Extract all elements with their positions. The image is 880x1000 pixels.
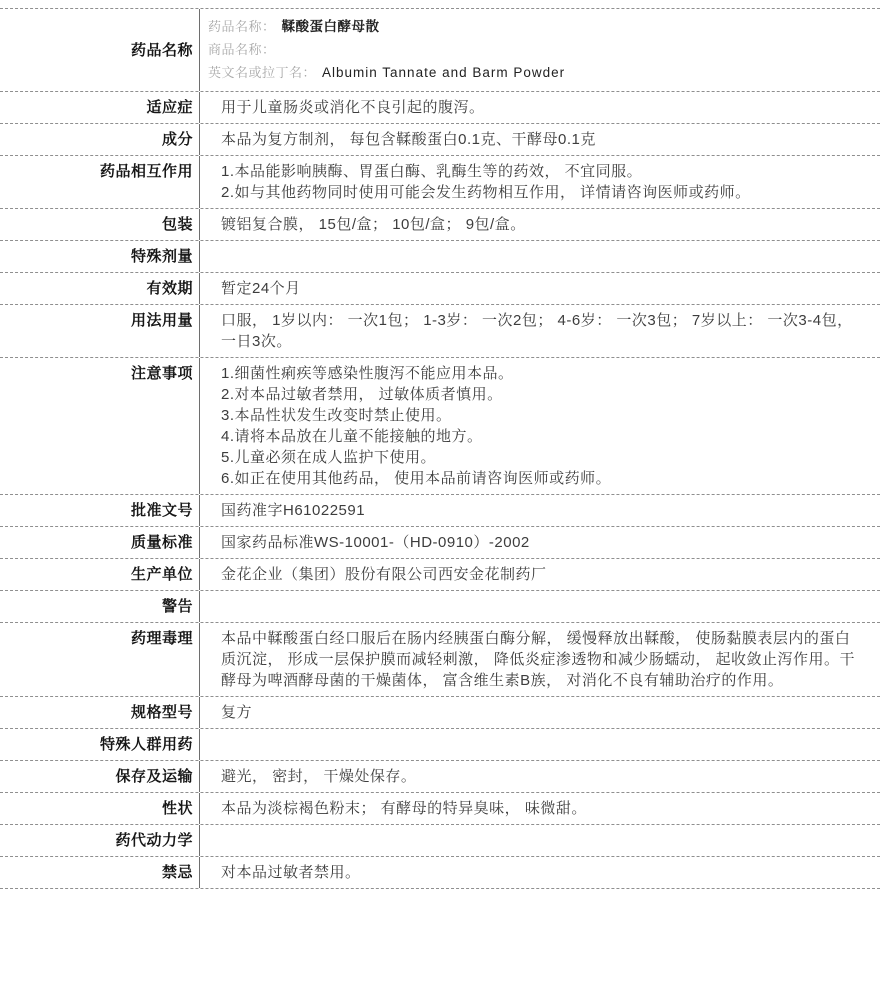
row-content: 本品为淡棕褐色粉末； 有酵母的特异臭味， 味微甜。: [200, 793, 880, 824]
drug-info-table: 药品名称 药品名称：鞣酸蛋白酵母散 商品名称： 英文名或拉丁名：Albumin …: [0, 8, 880, 889]
row-label: 警告: [0, 591, 200, 622]
row-content: [200, 591, 880, 622]
table-row: 保存及运输 避光， 密封， 干燥处保存。: [0, 761, 880, 793]
table-row: 药理毒理 本品中鞣酸蛋白经口服后在肠内经胰蛋白酶分解， 缓慢释放出鞣酸， 使肠黏…: [0, 623, 880, 697]
row-content: 对本品过敏者禁用。: [200, 857, 880, 888]
content-line: 金花企业（集团）股份有限公司西安金花制药厂: [221, 564, 860, 585]
row-content: 1.细菌性痢疾等感染性腹泻不能应用本品。2.对本品过敏者禁用， 过敏体质者慎用。…: [200, 358, 880, 494]
row-content: 金花企业（集团）股份有限公司西安金花制药厂: [200, 559, 880, 590]
english-name-value: Albumin Tannate and Barm Powder: [322, 65, 565, 80]
row-content: 复方: [200, 697, 880, 728]
row-content: 本品中鞣酸蛋白经口服后在肠内经胰蛋白酶分解， 缓慢释放出鞣酸， 使肠黏膜表层内的…: [200, 623, 880, 696]
row-content: 1.本品能影响胰酶、胃蛋白酶、乳酶生等的药效， 不宜同服。2.如与其他药物同时使…: [200, 156, 880, 208]
table-row: 性状 本品为淡棕褐色粉末； 有酵母的特异臭味， 味微甜。: [0, 793, 880, 825]
content-line: 本品为复方制剂， 每包含鞣酸蛋白0.1克、干酵母0.1克: [221, 129, 860, 150]
content-line: 1.本品能影响胰酶、胃蛋白酶、乳酶生等的药效， 不宜同服。: [221, 161, 860, 182]
table-row: 规格型号 复方: [0, 697, 880, 729]
content-line: 对本品过敏者禁用。: [221, 862, 860, 883]
trade-name-field: 商品名称：: [208, 38, 860, 61]
row-content: 暂定24个月: [200, 273, 880, 304]
drug-name-field: 药品名称：鞣酸蛋白酵母散: [208, 15, 860, 38]
row-content: 本品为复方制剂， 每包含鞣酸蛋白0.1克、干酵母0.1克: [200, 124, 880, 155]
english-name-field: 英文名或拉丁名：Albumin Tannate and Barm Powder: [208, 61, 860, 84]
row-label: 生产单位: [0, 559, 200, 590]
content-line: 5.儿童必须在成人监护下使用。: [221, 447, 860, 468]
content-line: 2.如与其他药物同时使用可能会发生药物相互作用， 详情请咨询医师或药师。: [221, 182, 860, 203]
row-label: 适应症: [0, 92, 200, 123]
row-label: 注意事项: [0, 358, 200, 494]
content-line: 本品为淡棕褐色粉末； 有酵母的特异臭味， 味微甜。: [221, 798, 860, 819]
row-label: 成分: [0, 124, 200, 155]
row-label: 有效期: [0, 273, 200, 304]
row-content: [200, 729, 880, 760]
table-row: 禁忌 对本品过敏者禁用。: [0, 857, 880, 889]
row-label: 批准文号: [0, 495, 200, 526]
row-content: [200, 825, 880, 856]
row-label: 质量标准: [0, 527, 200, 558]
row-content: 用于儿童肠炎或消化不良引起的腹泻。: [200, 92, 880, 123]
content-line: 国药准字H61022591: [221, 500, 860, 521]
content-line: 本品中鞣酸蛋白经口服后在肠内经胰蛋白酶分解， 缓慢释放出鞣酸， 使肠黏膜表层内的…: [221, 628, 860, 691]
content-line: 1.细菌性痢疾等感染性腹泻不能应用本品。: [221, 363, 860, 384]
row-content: 国家药品标准WS-10001-（HD-0910）-2002: [200, 527, 880, 558]
table-row: 有效期 暂定24个月: [0, 273, 880, 305]
row-label: 保存及运输: [0, 761, 200, 792]
table-row: 质量标准 国家药品标准WS-10001-（HD-0910）-2002: [0, 527, 880, 559]
row-label: 药品相互作用: [0, 156, 200, 208]
table-row: 药代动力学: [0, 825, 880, 857]
row-label: 规格型号: [0, 697, 200, 728]
drug-name-row: 药品名称 药品名称：鞣酸蛋白酵母散 商品名称： 英文名或拉丁名：Albumin …: [0, 9, 880, 92]
field-key: 英文名或拉丁名：: [208, 65, 316, 80]
row-label: 用法用量: [0, 305, 200, 357]
content-line: 复方: [221, 702, 860, 723]
table-row: 注意事项 1.细菌性痢疾等感染性腹泻不能应用本品。2.对本品过敏者禁用， 过敏体…: [0, 358, 880, 495]
row-content: 镀铝复合膜， 15包/盒； 10包/盒； 9包/盒。: [200, 209, 880, 240]
info-rows: 适应症 用于儿童肠炎或消化不良引起的腹泻。 成分 本品为复方制剂， 每包含鞣酸蛋…: [0, 92, 880, 889]
row-content: 国药准字H61022591: [200, 495, 880, 526]
table-row: 包装 镀铝复合膜， 15包/盒； 10包/盒； 9包/盒。: [0, 209, 880, 241]
table-row: 特殊剂量: [0, 241, 880, 273]
table-row: 批准文号 国药准字H61022591: [0, 495, 880, 527]
table-row: 特殊人群用药: [0, 729, 880, 761]
content-line: 镀铝复合膜， 15包/盒； 10包/盒； 9包/盒。: [221, 214, 860, 235]
row-label: 药理毒理: [0, 623, 200, 696]
content-line: 2.对本品过敏者禁用， 过敏体质者慎用。: [221, 384, 860, 405]
content-line: 国家药品标准WS-10001-（HD-0910）-2002: [221, 532, 860, 553]
content-line: 3.本品性状发生改变时禁止使用。: [221, 405, 860, 426]
row-label: 药代动力学: [0, 825, 200, 856]
row-label: 禁忌: [0, 857, 200, 888]
row-content: [200, 241, 880, 272]
content-line: 用于儿童肠炎或消化不良引起的腹泻。: [221, 97, 860, 118]
row-label: 包装: [0, 209, 200, 240]
row-label: 药品名称: [0, 9, 200, 91]
table-row: 警告: [0, 591, 880, 623]
row-label: 性状: [0, 793, 200, 824]
row-label: 特殊剂量: [0, 241, 200, 272]
field-key: 药品名称：: [208, 19, 276, 34]
table-row: 药品相互作用 1.本品能影响胰酶、胃蛋白酶、乳酶生等的药效， 不宜同服。2.如与…: [0, 156, 880, 209]
table-row: 生产单位 金花企业（集团）股份有限公司西安金花制药厂: [0, 559, 880, 591]
table-row: 用法用量 口服， 1岁以内： 一次1包； 1-3岁： 一次2包； 4-6岁： 一…: [0, 305, 880, 358]
row-content: 药品名称：鞣酸蛋白酵母散 商品名称： 英文名或拉丁名：Albumin Tanna…: [200, 9, 880, 91]
content-line: 暂定24个月: [221, 278, 860, 299]
row-content: 口服， 1岁以内： 一次1包； 1-3岁： 一次2包； 4-6岁： 一次3包； …: [200, 305, 880, 357]
content-line: 口服， 1岁以内： 一次1包； 1-3岁： 一次2包； 4-6岁： 一次3包； …: [221, 310, 860, 352]
table-row: 成分 本品为复方制剂， 每包含鞣酸蛋白0.1克、干酵母0.1克: [0, 124, 880, 156]
row-content: 避光， 密封， 干燥处保存。: [200, 761, 880, 792]
row-label: 特殊人群用药: [0, 729, 200, 760]
field-key: 商品名称：: [208, 42, 276, 57]
table-row: 适应症 用于儿童肠炎或消化不良引起的腹泻。: [0, 92, 880, 124]
content-line: 4.请将本品放在儿童不能接触的地方。: [221, 426, 860, 447]
drug-name-value: 鞣酸蛋白酵母散: [282, 19, 380, 34]
content-line: 6.如正在使用其他药品， 使用本品前请咨询医师或药师。: [221, 468, 860, 489]
content-line: 避光， 密封， 干燥处保存。: [221, 766, 860, 787]
